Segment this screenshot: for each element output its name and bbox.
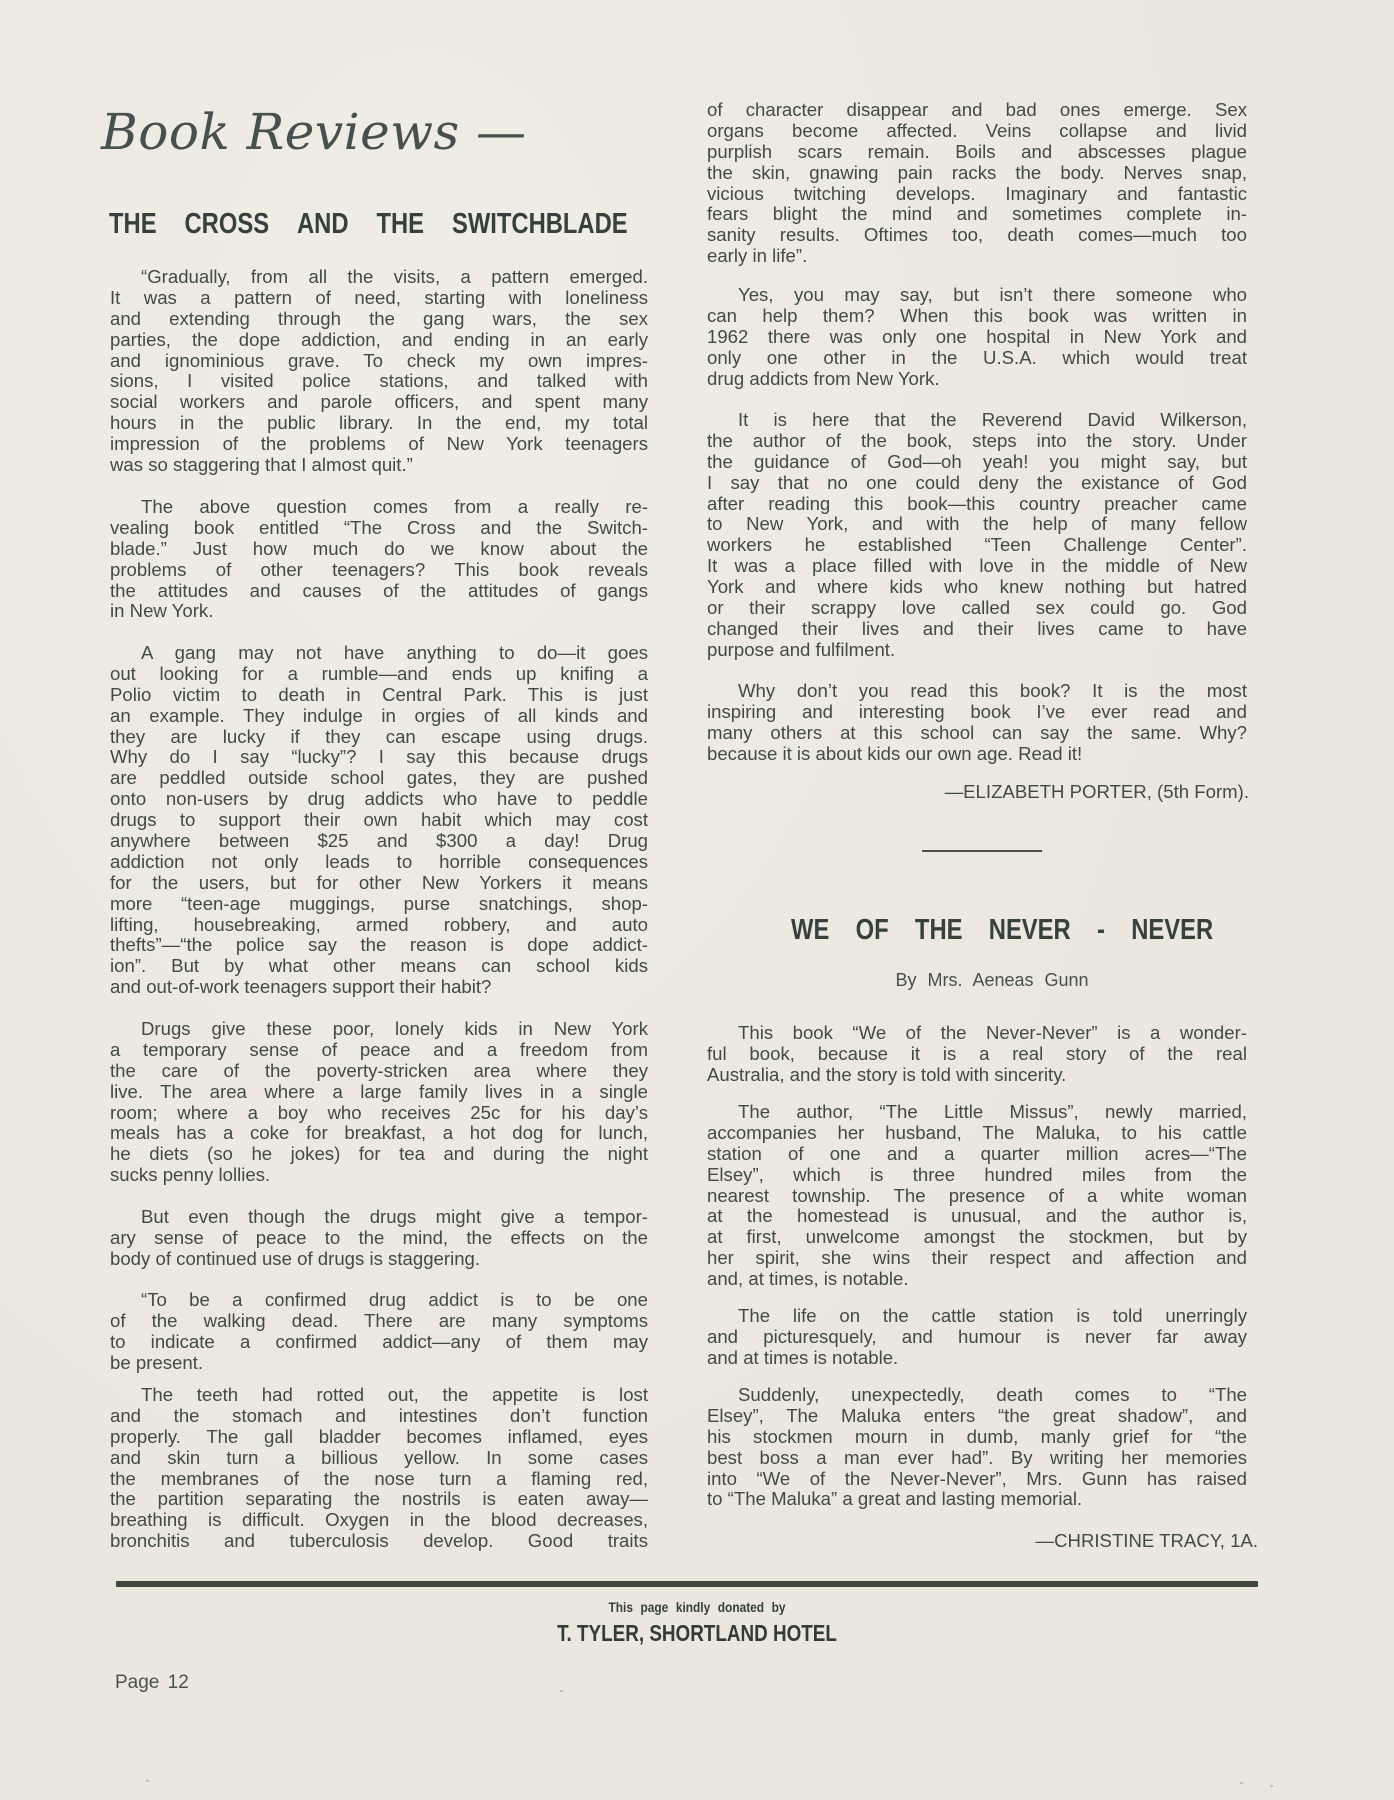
text-line: to New York, and with the help of many f… bbox=[707, 514, 1247, 535]
text-line: drugs to support their own habit which m… bbox=[110, 810, 648, 831]
text-line: only one other in the U.S.A. which would… bbox=[707, 348, 1247, 369]
text-line: to “The Maluka” a great and lasting memo… bbox=[707, 1489, 1247, 1510]
review-1-paragraph-9: It is here that the Reverend David Wilke… bbox=[707, 410, 1247, 661]
text-line: ful book, because it is a real story of … bbox=[707, 1044, 1247, 1065]
text-line: Elsey”, which is three hundred miles fro… bbox=[707, 1165, 1247, 1186]
text-line: It was a pattern of need, starting with … bbox=[110, 288, 648, 309]
review-title-we-of-the-never-never: WE OF THE NEVER - NEVER bbox=[791, 914, 1213, 947]
text-line: The above question comes from a really r… bbox=[110, 497, 648, 518]
text-line: bronchitis and tuberculosis develop. Goo… bbox=[110, 1531, 648, 1552]
text-line: purpose and fulfilment. bbox=[707, 640, 1247, 661]
title-word: THE bbox=[109, 208, 157, 241]
text-line: many others at this school can say the s… bbox=[707, 723, 1247, 744]
review-2-byline: By Mrs. Aeneas Gunn bbox=[707, 970, 1247, 991]
text-line: This book “We of the Never-Never” is a w… bbox=[707, 1023, 1247, 1044]
text-line: to indicate a confirmed addict—any of th… bbox=[110, 1332, 648, 1353]
text-line: and at times is notable. bbox=[707, 1348, 1247, 1369]
donation-note: This page kindly donated by bbox=[105, 1599, 1290, 1615]
text-line: ary sense of peace to the mind, the effe… bbox=[110, 1228, 648, 1249]
text-line: Drugs give these poor, lonely kids in Ne… bbox=[110, 1019, 648, 1040]
sponsor-name: T. TYLER, SHORTLAND HOTEL bbox=[125, 1620, 1268, 1647]
text-line: properly. The gall bladder becomes infla… bbox=[110, 1427, 648, 1448]
text-line: station of one and a quarter million acr… bbox=[707, 1144, 1247, 1165]
text-line: sions, I visited police stations, and ta… bbox=[110, 371, 648, 392]
text-line: the membranes of the nose turn a flaming… bbox=[110, 1469, 648, 1490]
text-line: sanity results. Oftimes too, death comes… bbox=[707, 225, 1247, 246]
text-line: social workers and parole officers, and … bbox=[110, 392, 648, 413]
review-1-paragraph-5: But even though the drugs might give a t… bbox=[110, 1207, 648, 1270]
page-number: Page 12 bbox=[115, 1672, 189, 1694]
text-line: breathing is difficult. Oxygen in the bl… bbox=[110, 1510, 648, 1531]
text-line: The life on the cattle station is told u… bbox=[707, 1306, 1247, 1327]
text-line: It is here that the Reverend David Wilke… bbox=[707, 410, 1247, 431]
review-1-paragraph-7-continued: of character disappear and bad ones emer… bbox=[707, 100, 1247, 267]
review-2-paragraph-3: The life on the cattle station is told u… bbox=[707, 1306, 1247, 1369]
text-line: purplish scars remain. Boils and abscess… bbox=[707, 142, 1247, 163]
text-line: body of continued use of drugs is stagge… bbox=[110, 1249, 648, 1270]
text-line: Why do I say “lucky”? I say this because… bbox=[110, 747, 648, 768]
text-line: because it is about kids our own age. Re… bbox=[707, 744, 1247, 765]
text-line: can help them? When this book was writte… bbox=[707, 306, 1247, 327]
text-line: Australia, and the story is told with si… bbox=[707, 1065, 1247, 1086]
review-1-paragraph-8: Yes, you may say, but isn’t there someon… bbox=[707, 285, 1247, 389]
text-line: addiction not only leads to horrible con… bbox=[110, 852, 648, 873]
text-line: and skin turn a billious yellow. In some… bbox=[110, 1448, 648, 1469]
text-line: changed their lives and their lives came… bbox=[707, 619, 1247, 640]
text-line: more “teen-age muggings, purse snatching… bbox=[110, 894, 648, 915]
text-line: nearest township. The presence of a whit… bbox=[707, 1186, 1247, 1207]
review-2-paragraph-2: The author, “The Little Missus”, newly m… bbox=[707, 1102, 1247, 1290]
review-1-paragraph-1: “Gradually, from all the visits, a patte… bbox=[110, 267, 648, 476]
title-word: OF bbox=[856, 914, 889, 947]
text-line: hours in the public library. In the end,… bbox=[110, 413, 648, 434]
text-line: Suddenly, unexpectedly, death comes to “… bbox=[707, 1385, 1247, 1406]
text-line: I say that no one could deny the existan… bbox=[707, 473, 1247, 494]
text-line: problems of other teenagers? This book r… bbox=[110, 560, 648, 581]
text-line: the author of the book, steps into the s… bbox=[707, 431, 1247, 452]
text-line: a temporary sense of peace and a freedom… bbox=[110, 1040, 648, 1061]
text-line: after reading this book—this country pre… bbox=[707, 494, 1247, 515]
text-line: accompanies her husband, The Maluka, to … bbox=[707, 1123, 1247, 1144]
text-line: be present. bbox=[110, 1353, 648, 1374]
text-line: are peddled outside school gates, they a… bbox=[110, 768, 648, 789]
review-2-attribution: —CHRISTINE TRACY, 1A. bbox=[1036, 1530, 1259, 1552]
text-line: the partition separating the nostrils is… bbox=[110, 1489, 648, 1510]
text-line: A gang may not have anything to do—it go… bbox=[110, 643, 648, 664]
text-line: they are lucky if they can escape using … bbox=[110, 727, 648, 748]
title-word: SWITCHBLADE bbox=[452, 208, 628, 241]
text-line: best boss a man ever had”. By writing he… bbox=[707, 1448, 1247, 1469]
text-line: ion”. But by what other means can school… bbox=[110, 956, 648, 977]
review-1-paragraph-7: The teeth had rotted out, the appetite i… bbox=[110, 1385, 648, 1552]
text-line: out looking for a rumble—and ends up kni… bbox=[110, 664, 648, 685]
text-line: “Gradually, from all the visits, a patte… bbox=[110, 267, 648, 288]
text-line: parties, the dope addiction, and ending … bbox=[110, 330, 648, 351]
text-line: at the homestead is unusual, and the aut… bbox=[707, 1206, 1247, 1227]
text-line: meals has a coke for breakfast, a hot do… bbox=[110, 1123, 648, 1144]
title-word: AND bbox=[297, 208, 349, 241]
text-line: fears blight the mind and sometimes comp… bbox=[707, 204, 1247, 225]
text-line: Why don’t you read this book? It is the … bbox=[707, 681, 1247, 702]
text-line: the care of the poverty-stricken area wh… bbox=[110, 1061, 648, 1082]
scan-speck bbox=[146, 1780, 149, 1782]
text-line: Polio victim to death in Central Park. T… bbox=[110, 685, 648, 706]
title-word: NEVER - NEVER bbox=[989, 914, 1213, 947]
text-line: vealing book entitled “The Cross and the… bbox=[110, 518, 648, 539]
text-line: his stockmen mourn in dumb, manly grief … bbox=[707, 1427, 1247, 1448]
title-word: WE bbox=[791, 914, 829, 947]
review-title-cross-and-switchblade: THE CROSS AND THE SWITCHBLADE bbox=[109, 208, 628, 241]
text-line: in New York. bbox=[110, 601, 648, 622]
text-line: Yes, you may say, but isn’t there someon… bbox=[707, 285, 1247, 306]
review-2-paragraph-4: Suddenly, unexpectedly, death comes to “… bbox=[707, 1385, 1247, 1510]
text-line: But even though the drugs might give a t… bbox=[110, 1207, 648, 1228]
text-line: was so staggering that I almost quit.” bbox=[110, 455, 648, 476]
text-line: for the users, but for other New Yorkers… bbox=[110, 873, 648, 894]
section-title: Book Reviews — bbox=[101, 103, 527, 161]
text-line: he diets (so he jokes) for tea and durin… bbox=[110, 1144, 648, 1165]
text-line: anywhere between $25 and $300 a day! Dru… bbox=[110, 831, 648, 852]
text-line: sucks penny lollies. bbox=[110, 1165, 648, 1186]
text-line: the guidance of God—oh yeah! you might s… bbox=[707, 452, 1247, 473]
text-line: lifting, housebreaking, armed robbery, a… bbox=[110, 915, 648, 936]
text-line: room; where a boy who receives 25c for h… bbox=[110, 1103, 648, 1124]
text-line: and ignominious grave. To check my own i… bbox=[110, 351, 648, 372]
text-line: or their scrappy love called sex could g… bbox=[707, 598, 1247, 619]
text-line: and extending through the gang wars, the… bbox=[110, 309, 648, 330]
text-line: York and where kids who knew nothing but… bbox=[707, 577, 1247, 598]
review-1-paragraph-4: Drugs give these poor, lonely kids in Ne… bbox=[110, 1019, 648, 1186]
text-line: the skin, gnawing pain racks the body. N… bbox=[707, 163, 1247, 184]
text-line: thefts”—“the police say the reason is do… bbox=[110, 935, 648, 956]
text-line: and picturesquely, and humour is never f… bbox=[707, 1327, 1247, 1348]
text-line: inspiring and interesting book I’ve ever… bbox=[707, 702, 1247, 723]
text-line: drug addicts from New York. bbox=[707, 369, 1247, 390]
text-line: onto non-users by drug addicts who have … bbox=[110, 789, 648, 810]
text-line: and out-of-work teenagers support their … bbox=[110, 977, 648, 998]
text-line: blade.” Just how much do we know about t… bbox=[110, 539, 648, 560]
text-line: “To be a confirmed drug addict is to be … bbox=[110, 1290, 648, 1311]
text-line: and, at times, is notable. bbox=[707, 1269, 1247, 1290]
text-line: live. The area where a large family live… bbox=[110, 1082, 648, 1103]
text-line: the attitudes and causes of the attitude… bbox=[110, 581, 648, 602]
text-line: into “We of the Never-Never”, Mrs. Gunn … bbox=[707, 1469, 1247, 1490]
text-line: vicious twitching develops. Imaginary an… bbox=[707, 184, 1247, 205]
scan-speck bbox=[1240, 1782, 1243, 1784]
text-line: and the stomach and intestines don’t fun… bbox=[110, 1406, 648, 1427]
document-page: Book Reviews — THE CROSS AND THE SWITCHB… bbox=[0, 0, 1394, 1800]
footer-rule bbox=[116, 1581, 1258, 1587]
text-line: 1962 there was only one hospital in New … bbox=[707, 327, 1247, 348]
scan-speck bbox=[1270, 1785, 1273, 1787]
text-line: organs become affected. Veins collapse a… bbox=[707, 121, 1247, 142]
scan-speck bbox=[560, 1690, 563, 1692]
review-1-attribution: —ELIZABETH PORTER, (5th Form). bbox=[945, 781, 1249, 803]
text-line: an example. They indulge in orgies of al… bbox=[110, 706, 648, 727]
review-1-paragraph-10: Why don’t you read this book? It is the … bbox=[707, 681, 1247, 765]
text-line: The teeth had rotted out, the appetite i… bbox=[110, 1385, 648, 1406]
text-line: The author, “The Little Missus”, newly m… bbox=[707, 1102, 1247, 1123]
text-line: of character disappear and bad ones emer… bbox=[707, 100, 1247, 121]
text-line: impression of the problems of New York t… bbox=[110, 434, 648, 455]
text-line: her spirit, she wins their respect and a… bbox=[707, 1248, 1247, 1269]
text-line: It was a place filled with love in the m… bbox=[707, 556, 1247, 577]
title-word: THE bbox=[376, 208, 424, 241]
text-line: early in life”. bbox=[707, 246, 1247, 267]
title-word: CROSS bbox=[184, 208, 269, 241]
text-line: workers he established “Teen Challenge C… bbox=[707, 535, 1247, 556]
text-line: at first, unwelcome amongst the stockmen… bbox=[707, 1227, 1247, 1248]
separator-rule bbox=[922, 850, 1042, 852]
review-1-paragraph-3: A gang may not have anything to do—it go… bbox=[110, 643, 648, 998]
review-1-paragraph-2: The above question comes from a really r… bbox=[110, 497, 648, 622]
text-line: of the walking dead. There are many symp… bbox=[110, 1311, 648, 1332]
review-2-paragraph-1: This book “We of the Never-Never” is a w… bbox=[707, 1023, 1247, 1086]
title-word: THE bbox=[915, 914, 963, 947]
text-line: Elsey”, The Maluka enters “the great sha… bbox=[707, 1406, 1247, 1427]
review-1-paragraph-6: “To be a confirmed drug addict is to be … bbox=[110, 1290, 648, 1374]
